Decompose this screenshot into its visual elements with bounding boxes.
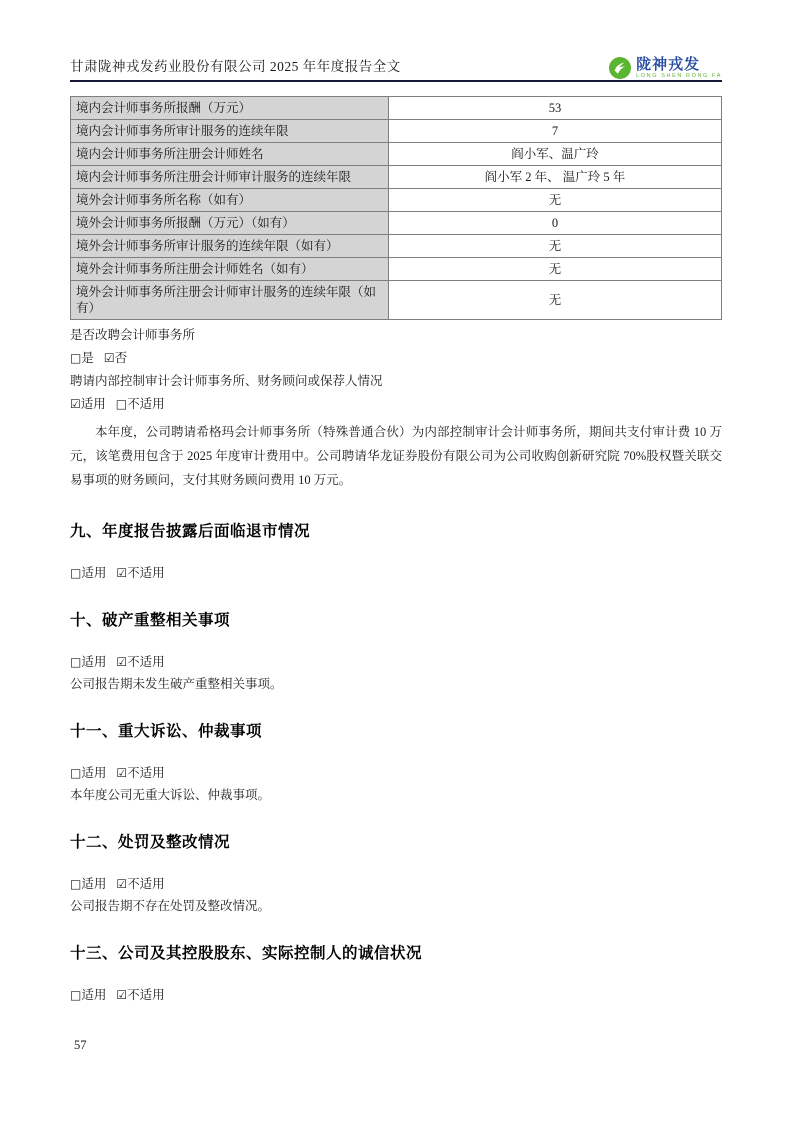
section-12-penalties-heading: 十二、处罚及整改情况 [70,830,722,852]
sections-container: 九、年度报告披露后面临退市情况□适用☑不适用十、破产重整相关事项□适用☑不适用公… [70,519,722,1003]
table-row-value: 无 [389,235,722,258]
table-row-label: 境内会计师事务所注册会计师审计服务的连续年限 [71,166,389,189]
table-row-label: 境内会计师事务所注册会计师姓名 [71,143,389,166]
rehire-question: 是否改聘会计师事务所 [70,327,722,343]
checked-box-icon: ☑ [116,766,127,780]
checkbox-label: 适用 [81,988,106,1002]
section-11-litigation-note: 本年度公司无重大诉讼、仲裁事项。 [70,787,722,803]
checkbox-checked-适用: ☑适用 [70,396,106,412]
table-row: 境外会计师事务所报酬（万元）（如有）0 [71,212,722,235]
table-row: 境内会计师事务所审计服务的连续年限7 [71,120,722,143]
checkbox-checked-不适用: ☑不适用 [116,987,164,1003]
rehire-options: □是☑否 [70,350,722,366]
table-row-value: 7 [389,120,722,143]
company-logo-name: 陇神戎发 [636,57,722,72]
unchecked-box-icon: □ [70,655,81,669]
table-row: 境内会计师事务所注册会计师审计服务的连续年限阎小军 2 年、 温广玲 5 年 [71,166,722,189]
checkbox-label: 是 [81,351,94,365]
table-row: 境外会计师事务所注册会计师姓名（如有）无 [71,258,722,281]
auditor-info-table: 境内会计师事务所报酬（万元）53境内会计师事务所审计服务的连续年限7境内会计师事… [70,96,722,320]
unchecked-box-icon: □ [70,766,81,780]
checkbox-label: 适用 [81,566,106,580]
page-content: 甘肃陇神戎发药业股份有限公司 2025 年年度报告全文 陇神戎发 LONG SH… [70,48,722,1003]
checkbox-checked-否: ☑否 [104,350,127,366]
table-row-value: 阎小军 2 年、 温广玲 5 年 [389,166,722,189]
section-10-bankruptcy-heading: 十、破产重整相关事项 [70,608,722,630]
checkbox-label: 适用 [81,766,106,780]
checkbox-checked-不适用: ☑不适用 [116,765,164,781]
checkbox-label: 适用 [81,655,106,669]
checked-box-icon: ☑ [70,397,81,411]
section-10-bankruptcy-applicability: □适用☑不适用 [70,654,722,670]
checkbox-label: 不适用 [127,988,165,1002]
report-header-title: 甘肃陇神戎发药业股份有限公司 2025 年年度报告全文 [70,55,401,76]
page-number: 57 [74,1038,87,1053]
section-13-integrity-applicability: □适用☑不适用 [70,987,722,1003]
unchecked-box-icon: □ [116,397,127,411]
checkbox-unchecked-适用: □适用 [70,987,106,1003]
checkbox-label: 适用 [81,877,106,891]
table-row-label: 境外会计师事务所注册会计师姓名（如有） [71,258,389,281]
section-13-integrity-heading: 十三、公司及其控股股东、实际控制人的诚信状况 [70,941,722,963]
table-row-value: 无 [389,189,722,212]
checkbox-unchecked-适用: □适用 [70,565,106,581]
section-12-penalties-note: 公司报告期不存在处罚及整改情况。 [70,898,722,914]
table-row-value: 0 [389,212,722,235]
table-row-label: 境外会计师事务所注册会计师审计服务的连续年限（如有） [71,281,389,320]
checked-box-icon: ☑ [116,655,127,669]
checkbox-label: 不适用 [127,877,165,891]
checkbox-label: 不适用 [127,397,165,411]
table-row: 境内会计师事务所报酬（万元）53 [71,97,722,120]
checkbox-unchecked-是: □是 [70,350,94,366]
checkbox-checked-不适用: ☑不适用 [116,565,164,581]
checkbox-label: 不适用 [127,655,165,669]
unchecked-box-icon: □ [70,566,81,580]
table-row: 境外会计师事务所名称（如有）无 [71,189,722,212]
checked-box-icon: ☑ [104,351,115,365]
checked-box-icon: ☑ [116,877,127,891]
table-row-value: 阎小军、温广玲 [389,143,722,166]
checkbox-label: 不适用 [127,566,165,580]
checkbox-unchecked-适用: □适用 [70,654,106,670]
table-row-label: 境外会计师事务所审计服务的连续年限（如有） [71,235,389,258]
unchecked-box-icon: □ [70,988,81,1002]
company-logo: 陇神戎发 LONG SHEN RONG FA [608,56,722,80]
checkbox-label: 否 [115,351,128,365]
table-row: 境外会计师事务所注册会计师审计服务的连续年限（如有）无 [71,281,722,320]
audit-table-body: 境内会计师事务所报酬（万元）53境内会计师事务所审计服务的连续年限7境内会计师事… [71,97,722,320]
checked-box-icon: ☑ [116,566,127,580]
table-row: 境内会计师事务所注册会计师姓名阎小军、温广玲 [71,143,722,166]
section-11-litigation-heading: 十一、重大诉讼、仲裁事项 [70,719,722,741]
table-row-label: 境内会计师事务所审计服务的连续年限 [71,120,389,143]
table-row-label: 境内会计师事务所报酬（万元） [71,97,389,120]
page-header: 甘肃陇神戎发药业股份有限公司 2025 年年度报告全文 陇神戎发 LONG SH… [70,48,722,82]
checkbox-unchecked-适用: □适用 [70,876,106,892]
company-logo-subtitle: LONG SHEN RONG FA [636,74,722,80]
table-row-label: 境外会计师事务所名称（如有） [71,189,389,212]
table-row-value: 无 [389,281,722,320]
company-logo-text: 陇神戎发 LONG SHEN RONG FA [636,57,722,80]
internal-control-options: ☑适用□不适用 [70,396,722,412]
table-row-label: 境外会计师事务所报酬（万元）（如有） [71,212,389,235]
section-9-delisting-applicability: □适用☑不适用 [70,565,722,581]
section-11-litigation-applicability: □适用☑不适用 [70,765,722,781]
table-row-value: 53 [389,97,722,120]
section-9-delisting-heading: 九、年度报告披露后面临退市情况 [70,519,722,541]
company-logo-icon [608,56,632,80]
checked-box-icon: ☑ [116,988,127,1002]
checkbox-checked-不适用: ☑不适用 [116,876,164,892]
checkbox-unchecked-不适用: □不适用 [116,396,165,412]
table-row: 境外会计师事务所审计服务的连续年限（如有）无 [71,235,722,258]
section-10-bankruptcy-note: 公司报告期未发生破产重整相关事项。 [70,676,722,692]
checkbox-label: 适用 [81,397,106,411]
checkbox-unchecked-适用: □适用 [70,765,106,781]
checkbox-checked-不适用: ☑不适用 [116,654,164,670]
internal-control-paragraph: 本年度，公司聘请希格玛会计师事务所（特殊普通合伙）为内部控制审计会计师事务所，期… [70,420,722,492]
unchecked-box-icon: □ [70,351,81,365]
table-row-value: 无 [389,258,722,281]
internal-control-question: 聘请内部控制审计会计师事务所、财务顾问或保荐人情况 [70,373,722,389]
report-page: 甘肃陇神戎发药业股份有限公司 2025 年年度报告全文 陇神戎发 LONG SH… [0,0,793,1122]
section-12-penalties-applicability: □适用☑不适用 [70,876,722,892]
unchecked-box-icon: □ [70,877,81,891]
checkbox-label: 不适用 [127,766,165,780]
